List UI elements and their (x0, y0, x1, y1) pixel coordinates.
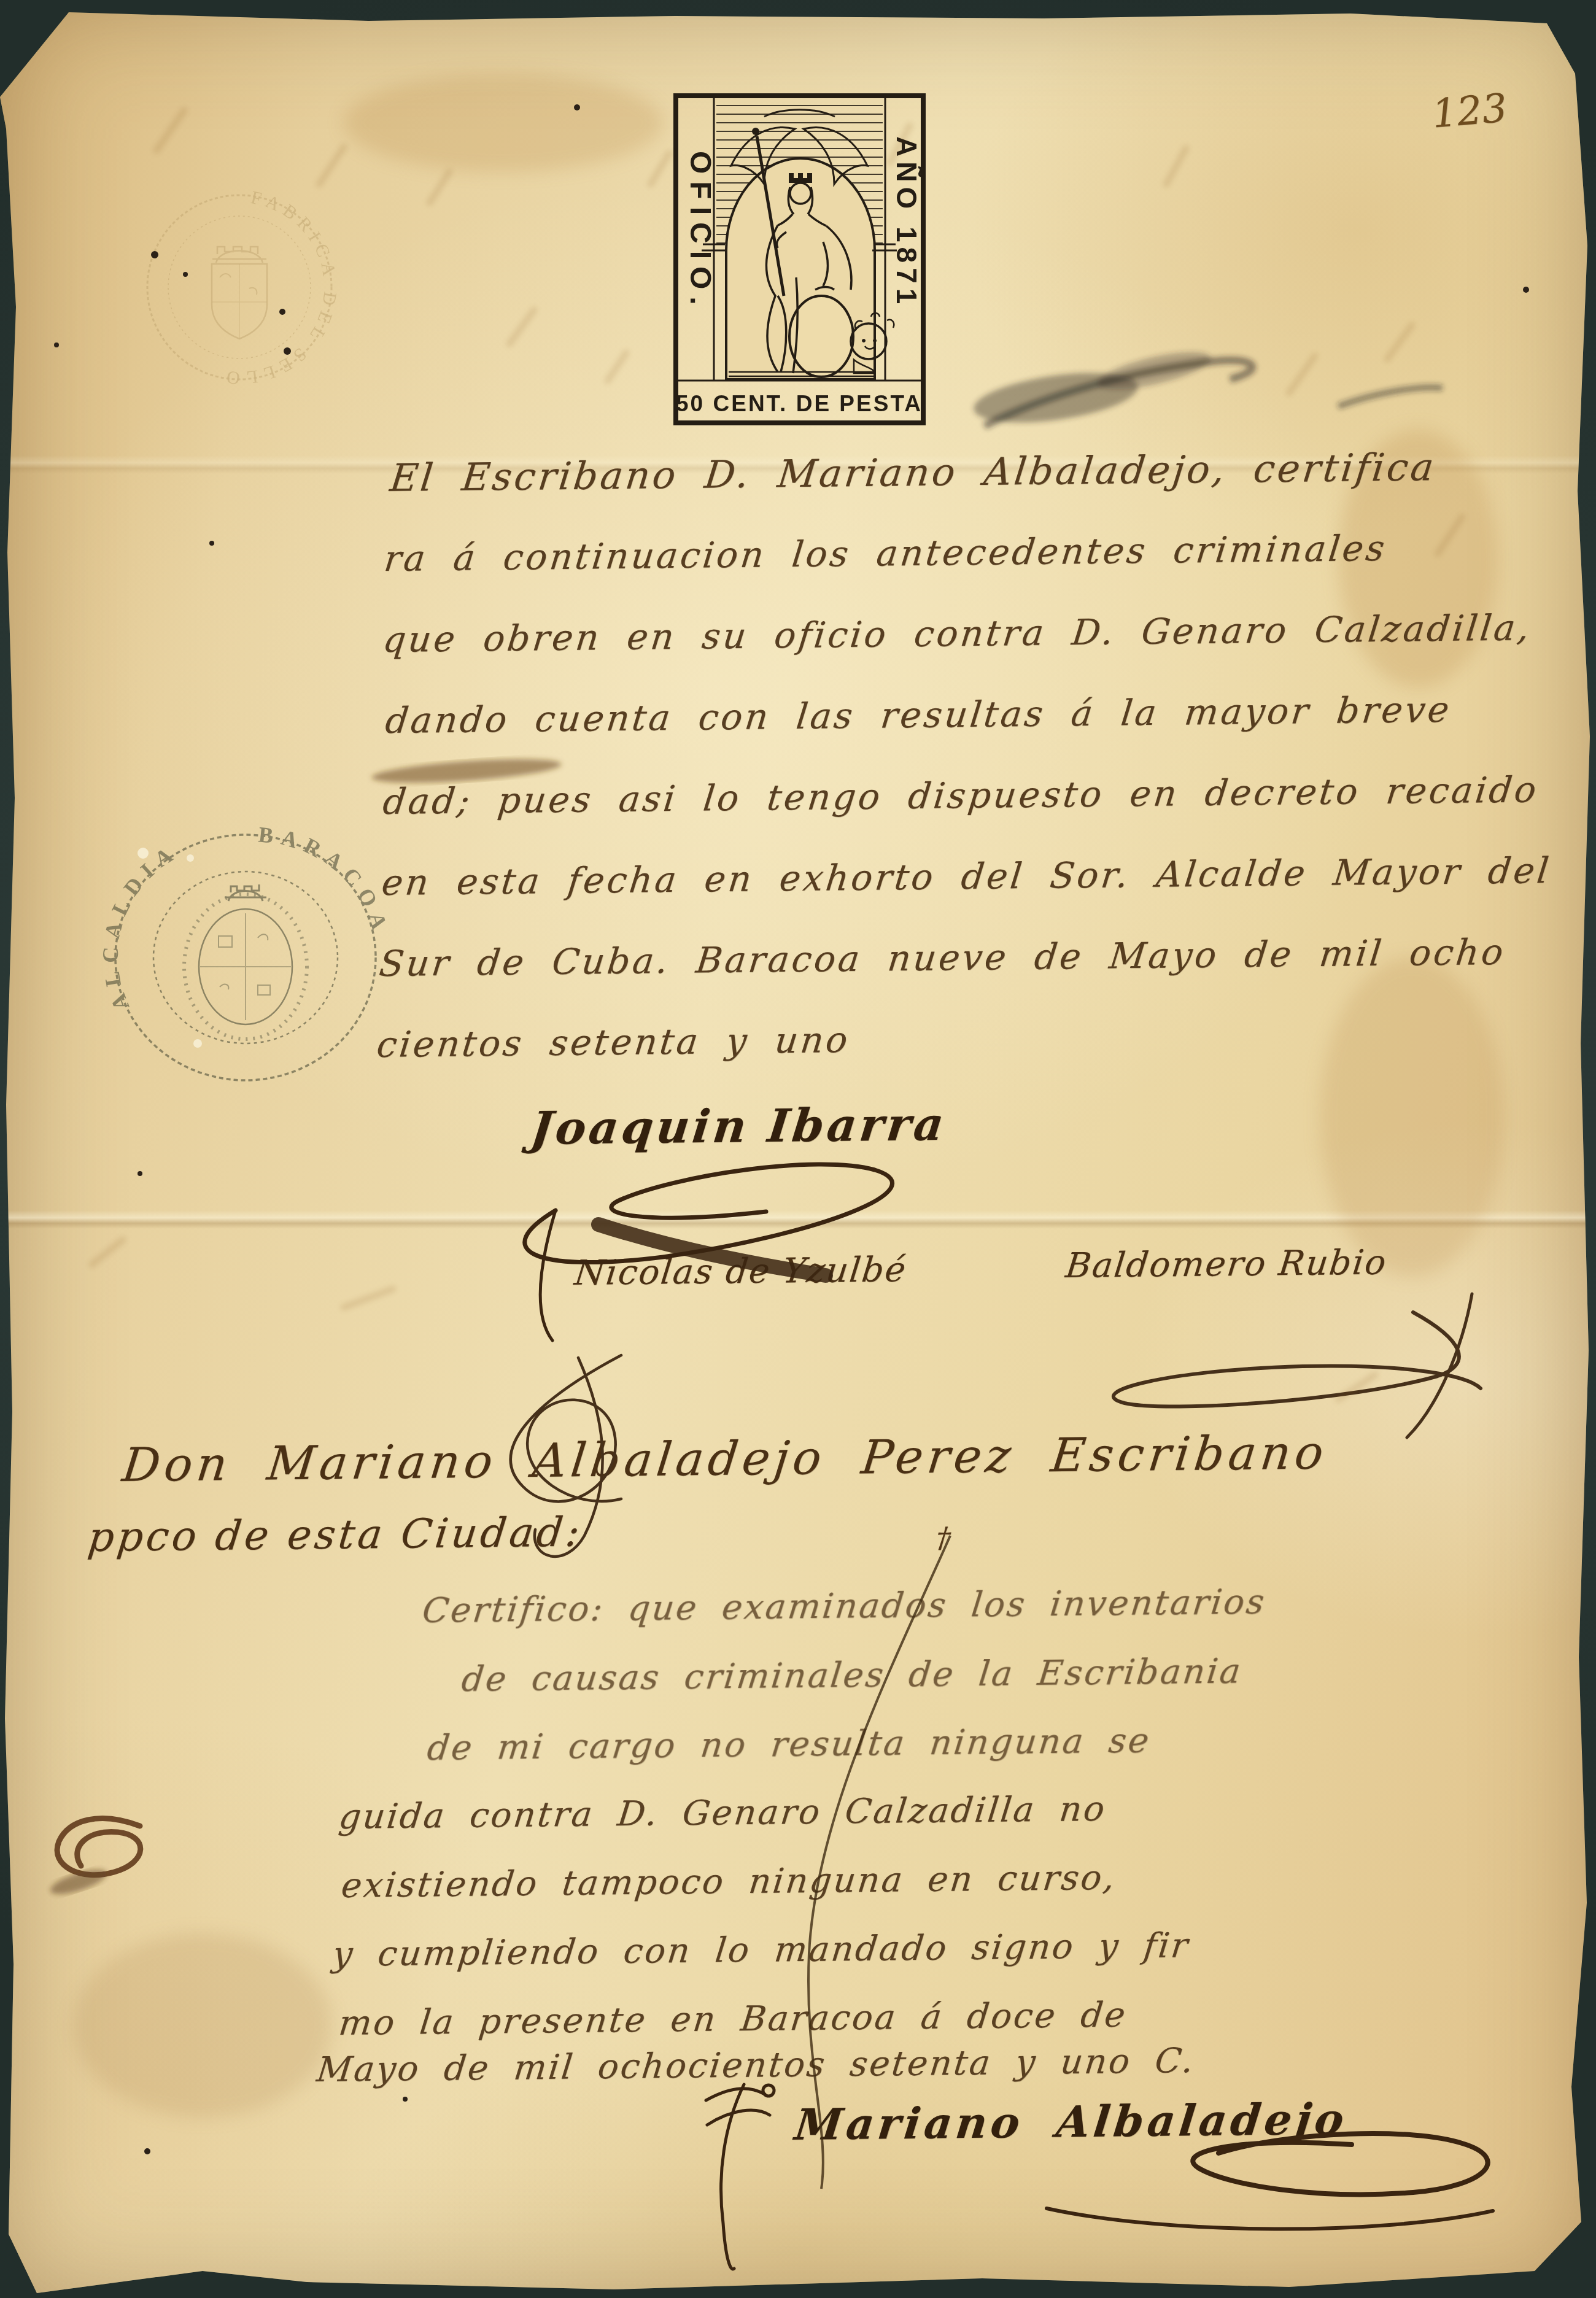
cert1-signature: Joaquin Ibarra (528, 1098, 949, 1155)
cert2-heading: ppco de esta Ciudad: (85, 1509, 585, 1561)
document-page: 123 El Escribano D. Mariano Albaladejo, … (0, 0, 1596, 2298)
cert2-line: existiendo tampoco ninguna en curso, (339, 1858, 1118, 1906)
cert1-line: dad; pues asi lo tengo dispuesto en decr… (381, 768, 1541, 822)
folio-number: 123 (1430, 85, 1509, 137)
cert2-heading: Don Mariano Albaladejo Perez Escribano (120, 1425, 1331, 1492)
cert1-line: cientos setenta y uno (374, 1019, 852, 1066)
cert1-line: Sur de Cuba. Baracoa nueve de Mayo de mi… (377, 931, 1508, 985)
cross-mark: † (934, 1521, 952, 1554)
manuscript-text-layer: 123 El Escribano D. Mariano Albaladejo, … (0, 0, 1596, 2298)
cert2-line: de causas criminales de la Escribania (460, 1652, 1244, 1700)
scanned-document-photo: 123 El Escribano D. Mariano Albaladejo, … (0, 0, 1596, 2298)
cert2-line: guida contra D. Genaro Calzadilla no (337, 1789, 1109, 1837)
cert1-line: en esta fecha en exhorto del Sor. Alcald… (379, 849, 1553, 903)
cert2-signature: Mariano Albaladejo (792, 2094, 1350, 2150)
cert2-line: mo la presente en Baracoa á doce de (337, 1995, 1129, 2043)
cert1-line: El Escribano D. Mariano Albaladejo, cert… (388, 444, 1438, 500)
witness-signature-left: Nicolas de Yzulbé (573, 1250, 909, 1293)
cert2-line: y cumpliendo con lo mandado signo y fir (331, 1925, 1192, 1975)
cert2-line: Mayo de mil ochocientos setenta y uno C. (315, 2041, 1198, 2090)
cert1-line: ra á continuacion los antecedentes crimi… (382, 527, 1389, 579)
cert1-line: que obren en su oficio contra D. Genaro … (381, 606, 1533, 660)
witness-signature-right: Baldomero Rubio (1064, 1243, 1389, 1286)
cert2-line: Certifico: que examinados los inventario… (420, 1582, 1268, 1631)
cert2-line: de mi cargo no resulta ninguna se (425, 1721, 1153, 1768)
cert1-line: dando cuenta con las resultas á la mayor… (383, 689, 1454, 741)
